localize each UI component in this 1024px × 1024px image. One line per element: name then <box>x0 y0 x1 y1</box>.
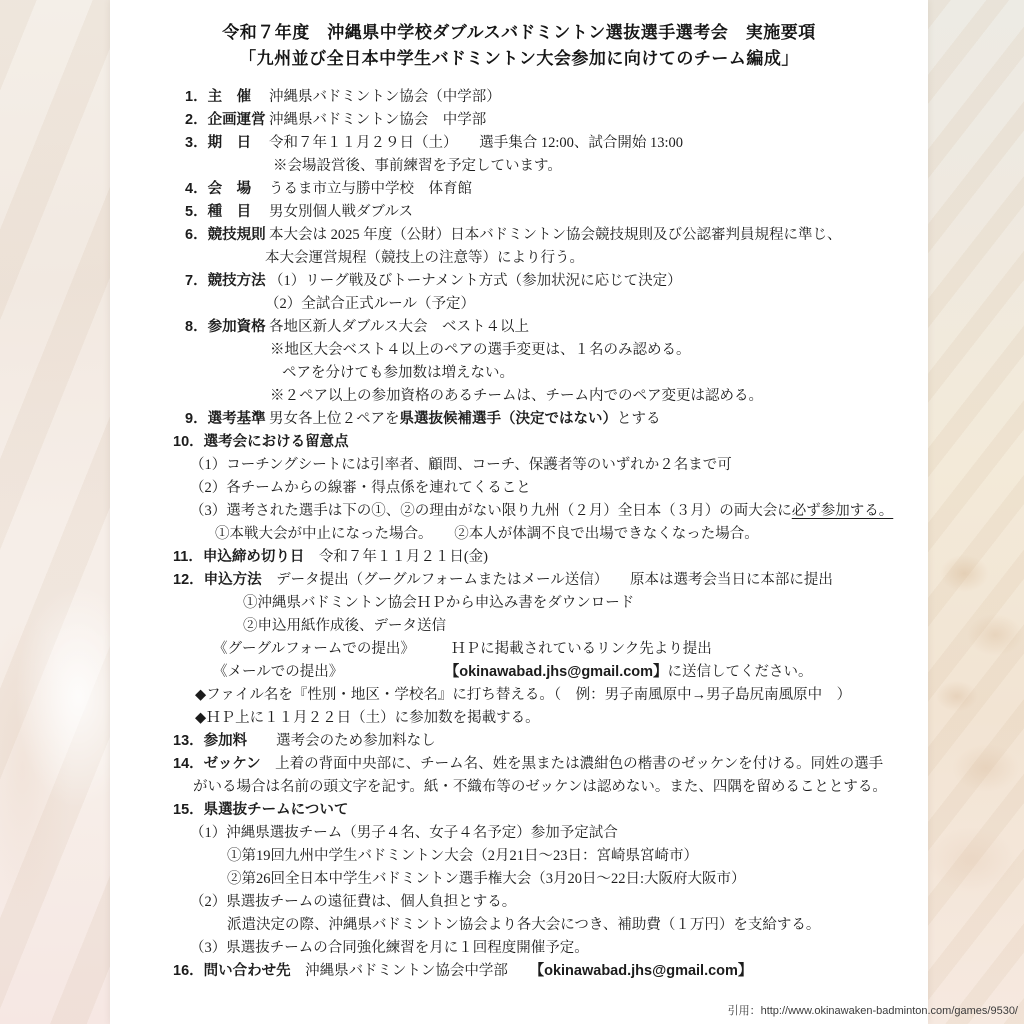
item-label: 5．種 目 <box>185 201 269 224</box>
item-label: 1．主 催 <box>185 86 269 109</box>
item-label: 6．競技規則 <box>185 224 269 247</box>
text-segment: 14．ゼッケン <box>173 756 261 772</box>
document-line: （1）コーチングシートには引率者、顧問、コーチ、保護者等のいずれか２名まで可 <box>190 454 892 477</box>
text-segment: ②第26回全日本中学生バドミントン選手権大会（3月20日～22日:大阪府大阪市） <box>227 871 746 887</box>
document-line: 16．問い合わせ先 沖縄県バドミントン協会中学部 【okinawabad.jhs… <box>173 960 892 983</box>
document-line: （2）県選抜チームの遠征費は、個人負担とする。 <box>190 891 892 914</box>
text-segment: 令和７年１１月２９日（土） 選手集合 12:00、試合開始 13:00 <box>269 135 683 151</box>
text-segment: 本大会運営規程（競技上の注意等）により行う。 <box>265 250 584 266</box>
text-segment: 沖縄県バドミントン協会 中学部 <box>269 112 486 128</box>
document-line: （2）全試合正式ルール（予定） <box>265 293 892 316</box>
text-segment: うるま市立与勝中学校 体育館 <box>269 181 472 197</box>
document-line: ペアを分けても参加数は増えない。 <box>282 362 892 385</box>
document-line: 11．申込締め切り日 令和７年１１月２１日(金) <box>173 546 892 569</box>
text-segment: 選考会のため参加料なし <box>247 733 436 749</box>
text-segment: 男女別個人戦ダブルス <box>269 204 413 220</box>
text-segment: 11．申込締め切り日 <box>173 549 304 565</box>
document-line: ①沖縄県バドミントン協会ＨＰから申込み書をダウンロード <box>243 592 892 615</box>
document-line: 12．申込方法 データ提出（グーグルフォームまたはメール送信） 原本は選考会当日… <box>173 569 892 592</box>
document-line: （2）各チームからの線審・得点係を連れてくること <box>190 477 892 500</box>
text-segment: 【okinawabad.jhs@gmail.com】 <box>452 664 668 680</box>
item-label: 7．競技方法 <box>185 270 269 293</box>
document-line: 8．参加資格各地区新人ダブルス大会 ベスト４以上 <box>185 316 892 339</box>
text-segment: データ提出（グーグルフォームまたはメール送信） 原本は選考会当日に本部に提出 <box>262 572 833 588</box>
document-title-line2: 「九州並び全日本中学生バドミントン大会参加に向けてのチーム編成」 <box>146 46 892 72</box>
text-segment: ペアを分けても参加数は増えない。 <box>282 365 514 381</box>
text-segment: 県選抜候補選手（決定ではない） <box>400 411 618 427</box>
document-line: 6．競技規則本大会は 2025 年度（公財）日本バドミントン協会競技規則及び公認… <box>185 224 892 247</box>
document-line: 9．選考基準男女各上位２ペアを県選抜候補選手（決定ではない）とする <box>185 408 892 431</box>
document-line: 10．選考会における留意点 <box>173 431 892 454</box>
text-segment: 12．申込方法 <box>173 572 262 588</box>
document-line: （3）選考された選手は下の①、②の理由がない限り九州（２月）全日本（３月）の両大… <box>190 500 892 523</box>
document-line: （3）県選抜チームの合同強化練習を月に１回程度開催予定。 <box>190 937 892 960</box>
document-line: 4．会 場うるま市立与勝中学校 体育館 <box>185 178 892 201</box>
text-segment: に送信してください。 <box>668 664 813 680</box>
document-line: ◆ＨＰ上に１１月２２日（土）に参加数を掲載する。 <box>195 707 892 730</box>
text-segment: （1）沖縄県選抜チーム（男子４名、女子４名予定）参加予定試合 <box>190 825 618 841</box>
document-line: ①第19回九州中学生バドミントン大会（2月21日～23日：宮崎県宮崎市） <box>227 845 892 868</box>
text-segment: （1）コーチングシートには引率者、顧問、コーチ、保護者等のいずれか２名まで可 <box>190 457 732 473</box>
text-segment: 本大会は 2025 年度（公財）日本バドミントン協会競技規則及び公認審判員規程に… <box>269 227 841 243</box>
text-segment: （2）全試合正式ルール（予定） <box>265 296 475 312</box>
text-segment: （3）選考された選手は下の①、②の理由がない限り九州（２月）全日本（３月）の両大… <box>190 503 792 519</box>
text-segment: ◆ファイル名を『性別・地区・学校名』に打ち替える。（ 例：男子南風原中→男子島尻… <box>195 687 851 703</box>
text-segment: ①第19回九州中学生バドミントン大会（2月21日～23日：宮崎県宮崎市） <box>227 848 698 864</box>
text-segment: 10．選考会における留意点 <box>173 434 349 450</box>
source-citation: 引用：http://www.okinawaken-badminton.com/g… <box>728 1002 1018 1018</box>
text-segment: ※地区大会ベスト４以上のペアの選手変更は、１名のみ認める。 <box>270 342 691 358</box>
text-segment: 15．県選抜チームについて <box>173 802 348 818</box>
text-segment: とする <box>617 411 661 427</box>
text-segment: ◆ＨＰ上に１１月２２日（土）に参加数を掲載する。 <box>195 710 540 726</box>
document-line: 14．ゼッケン 上着の背面中央部に、チーム名、姓を黒または濃紺色の楷書のゼッケン… <box>173 753 892 776</box>
document-line: ②第26回全日本中学生バドミントン選手権大会（3月20日～22日:大阪府大阪市） <box>227 868 892 891</box>
document-line: 5．種 目男女別個人戦ダブルス <box>185 201 892 224</box>
document-line: 《グーグルフォームでの提出》 ＨＰに掲載されているリンク先より提出 <box>213 638 892 661</box>
background-photo-right <box>928 0 1024 1024</box>
text-segment: 上着の背面中央部に、チーム名、姓を黒または濃紺色の楷書のゼッケンを付ける。同姓の… <box>261 756 883 772</box>
background-photo-left <box>0 0 112 1024</box>
item-label: 3．期 日 <box>185 132 269 155</box>
document-line: 《メールでの提出》 【okinawabad.jhs@gmail.com】に送信し… <box>213 661 892 684</box>
text-segment: 沖縄県バドミントン協会（中学部） <box>269 89 501 105</box>
item-label: 8．参加資格 <box>185 316 269 339</box>
text-segment: （2）県選抜チームの遠征費は、個人負担とする。 <box>190 894 516 910</box>
document-page: 令和７年度 沖縄県中学校ダブルスバドミントン選抜選手選考会 実施要項 「九州並び… <box>110 0 928 1024</box>
document-line: 2．企画運営沖縄県バドミントン協会 中学部 <box>185 109 892 132</box>
text-segment: 派遣決定の際、沖縄県バドミントン協会より各大会につき、補助費（１万円）を支給する… <box>227 917 820 933</box>
document-line: （1）沖縄県選抜チーム（男子４名、女子４名予定）参加予定試合 <box>190 822 892 845</box>
document-line: ②申込用紙作成後、データ送信 <box>243 615 892 638</box>
document-body: 1．主 催沖縄県バドミントン協会（中学部）2．企画運営沖縄県バドミントン協会 中… <box>185 86 892 983</box>
text-segment: 各地区新人ダブルス大会 ベスト４以上 <box>269 319 529 335</box>
document-line: 1．主 催沖縄県バドミントン協会（中学部） <box>185 86 892 109</box>
item-label: 4．会 場 <box>185 178 269 201</box>
text-segment: ※２ペア以上の参加資格のあるチームは、チーム内でのペア変更は認める。 <box>270 388 763 404</box>
text-segment: （3）県選抜チームの合同強化練習を月に１回程度開催予定。 <box>190 940 589 956</box>
document-line: ①本戦大会が中止になった場合。 ②本人が体調不良で出場できなくなった場合。 <box>215 523 892 546</box>
document-line: ※地区大会ベスト４以上のペアの選手変更は、１名のみ認める。 <box>270 339 892 362</box>
text-segment: 16．問い合わせ先 <box>173 963 291 979</box>
text-segment: ※会場設営後、事前練習を予定しています。 <box>273 158 562 174</box>
document-line: 13．参加料 選考会のため参加料なし <box>173 730 892 753</box>
text-segment: がいる場合は名前の頭文字を記す。紙・不織布等のゼッケンは認めない。また、四隅を留… <box>193 779 887 795</box>
text-segment: 【okinawabad.jhs@gmail.com】 <box>537 963 753 979</box>
item-label: 2．企画運営 <box>185 109 269 132</box>
text-segment: 令和７年１１月２１日(金) <box>304 549 488 565</box>
text-segment: （2）各チームからの線審・得点係を連れてくること <box>190 480 531 496</box>
document-line: 本大会運営規程（競技上の注意等）により行う。 <box>265 247 892 270</box>
document-line: 派遣決定の際、沖縄県バドミントン協会より各大会につき、補助費（１万円）を支給する… <box>227 914 892 937</box>
text-segment: 必ず参加する。 <box>792 503 894 519</box>
text-segment: ①本戦大会が中止になった場合。 ②本人が体調不良で出場できなくなった場合。 <box>215 526 759 542</box>
item-label: 9．選考基準 <box>185 408 269 431</box>
document-line: 15．県選抜チームについて <box>173 799 892 822</box>
document-line: ※２ペア以上の参加資格のあるチームは、チーム内でのペア変更は認める。 <box>270 385 892 408</box>
text-segment: 《メールでの提出》 <box>213 664 452 680</box>
text-segment: ①沖縄県バドミントン協会ＨＰから申込み書をダウンロード <box>243 595 634 611</box>
text-segment: 男女各上位２ペアを <box>269 411 400 427</box>
document-line: ◆ファイル名を『性別・地区・学校名』に打ち替える。（ 例：男子南風原中→男子島尻… <box>195 684 892 707</box>
document-title-line1: 令和７年度 沖縄県中学校ダブルスバドミントン選抜選手選考会 実施要項 <box>146 20 892 46</box>
document-title-block: 令和７年度 沖縄県中学校ダブルスバドミントン選抜選手選考会 実施要項 「九州並び… <box>185 20 892 72</box>
text-segment: ②申込用紙作成後、データ送信 <box>243 618 446 634</box>
text-segment: （1）リーグ戦及びトーナメント方式（参加状況に応じて決定） <box>269 273 682 289</box>
document-line: 7．競技方法（1）リーグ戦及びトーナメント方式（参加状況に応じて決定） <box>185 270 892 293</box>
document-line: 3．期 日令和７年１１月２９日（土） 選手集合 12:00、試合開始 13:00 <box>185 132 892 155</box>
text-segment: 沖縄県バドミントン協会中学部 <box>291 963 537 979</box>
text-segment: 13．参加料 <box>173 733 247 749</box>
document-line: ※会場設営後、事前練習を予定しています。 <box>273 155 892 178</box>
document-line: がいる場合は名前の頭文字を記す。紙・不織布等のゼッケンは認めない。また、四隅を留… <box>193 776 892 799</box>
text-segment: 《グーグルフォームでの提出》 ＨＰに掲載されているリンク先より提出 <box>213 641 712 657</box>
